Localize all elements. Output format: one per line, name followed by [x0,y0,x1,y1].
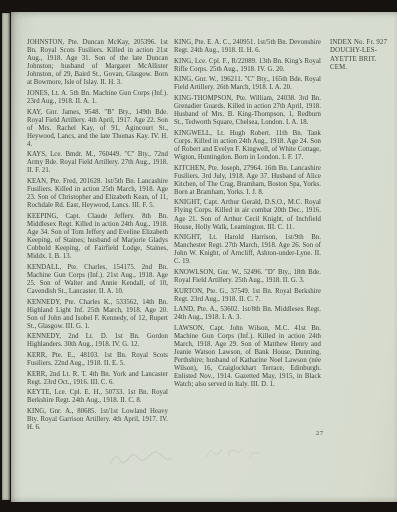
register-entry: KING, Gnr. W., 196211. "C" Bty., 165th B… [174,76,321,92]
register-text-block: JOHNSTON, Pte. Duncan McKay, 205396. 1st… [27,39,395,435]
register-entry: KENNEDY, 2nd Lt. D. 1st Bn. Gordon Highl… [27,333,168,349]
register-entry: KING, Pte. E. A. C., 240951. 1st/5th Bn.… [174,39,321,55]
register-page: JOHNSTON, Pte. Duncan McKay, 205396. 1st… [11,12,397,502]
register-entry: KAY, Gnr. James, 9548. "B" Bty., 149th B… [27,109,168,149]
register-entry: JONES, Lt. A. 5th Bn. Machine Gun Corps … [27,90,168,106]
index-number: INDEX No. Fr. 927 [330,39,394,47]
register-entry: KNOWLSON, Gnr. W., 52496. "D" Bty., 18th… [174,269,321,285]
register-entry: KEAN, Pte. Fred, 201628. 1st/5th Bn. Lan… [27,178,168,210]
register-entry: LAND, Pte. A., 53602. 1st/8th Bn. Middle… [174,306,321,322]
register-entry: KNIGHT, Capt. Arthur Gerald, D.S.O., M.C… [174,199,321,231]
cemetery-name-line3: CEM. [330,64,394,72]
page-number: 27 [316,430,324,437]
register-entry: KITCHEN, Pte. Joseph, 27964. 16th Bn. La… [174,165,321,197]
register-column-left: JOHNSTON, Pte. Duncan McKay, 205396. 1st… [27,39,168,435]
register-entry: KING, Lce. Cpl. F., R/22089. 13th Bn. Ki… [174,58,321,74]
register-entry: KEEPING, Capt. Claude Jeffery. 8th Bn. M… [27,213,168,261]
register-column-right: KING, Pte. E. A. C., 240951. 1st/5th Bn.… [174,39,321,392]
register-entry: KENNEDY, Pte. Charles K., 533562, 14th B… [27,299,168,331]
register-entry: KNIGHT, Lt. Harold Harrison, 1st/9th Bn.… [174,234,321,266]
register-entry: JOHNSTON, Pte. Duncan McKay, 205396. 1st… [27,39,168,87]
scanned-book-page: { "page": { "margin_note": { "lines": ["… [0,0,397,512]
cemetery-name-line2: AYETTE BRIT. [330,56,394,64]
register-entry: KEYTE, Lce. Cpl. E. H., 50733. 1st Bn. R… [27,389,168,405]
register-entry: KING, Gnr. A., 80685. 1st/1st Lowland He… [27,408,168,432]
register-entry: KAYS, Lce. Bmdr. M., 760449. "C" Bty., 7… [27,151,168,175]
index-margin-note: INDEX No. Fr. 927 DOUCHY-LES- AYETTE BRI… [330,39,394,73]
register-entry: KERR, 2nd Lt. R. T. 4th Bn. York and Lan… [27,371,168,387]
register-entry: KENDALL, Pte. Charles, 154175. 2nd Bn. M… [27,264,168,296]
register-entry: LAWSON, Capt. John Wilson, M.C. 41st Bn.… [174,325,321,389]
register-entry: KURTON, Pte. G., 37549. 1st Bn. Royal Be… [174,288,321,304]
pencil-mark-right [201,440,261,466]
register-entry: KERR, Pte. E., 48103. 1st Bn. Royal Scot… [27,352,168,368]
cemetery-name-line1: DOUCHY-LES- [330,47,394,55]
pencil-mark-left [106,444,176,472]
book-page-edge [2,13,10,500]
register-entry: KING-THOMPSON, Pte. William, 24038. 3rd … [174,95,321,127]
register-entry: KINGWELL, Lt. Hugh Robert. 11th Bn. Tank… [174,130,321,162]
